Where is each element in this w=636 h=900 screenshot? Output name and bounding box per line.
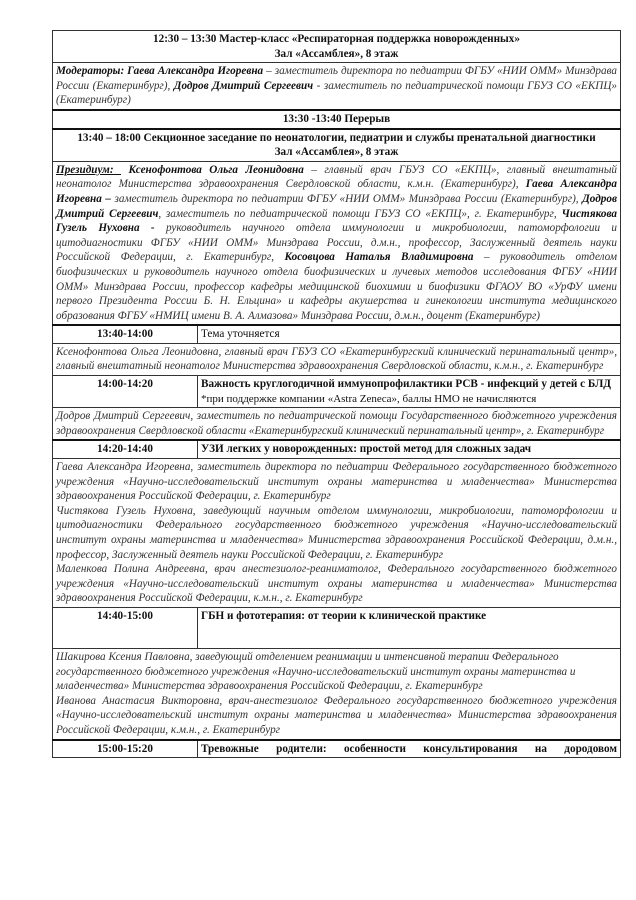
presidium-gap	[114, 164, 121, 176]
talk-row: 14:00-14:20 Важность круглогодичной имму…	[53, 376, 621, 408]
talk-title: Тема уточняется	[198, 325, 621, 343]
moderators-cell: Модераторы: Гаева Александра Игоревна – …	[53, 63, 621, 110]
presidium-cell: Президиум: Ксенофонтова Ольга Леонидовна…	[53, 161, 621, 325]
talk-speakers: Гаева Александра Игоревна, заместитель д…	[53, 459, 621, 608]
masterclass-header: 12:30 – 13:30 Мастер-класс «Респираторна…	[53, 31, 621, 63]
talk-time: 14:40-15:00	[53, 607, 198, 648]
talk-title: Важность круглогодичной иммунопрофилакти…	[201, 378, 611, 390]
talk-time: 14:20-14:40	[53, 440, 198, 458]
talk-row: 14:40-15:00 ГБН и фототерапия: от теории…	[53, 607, 621, 648]
speaker: Иванова Анастасия Викторовна, врач-анест…	[56, 694, 617, 738]
section-header-row: 13:40 – 18:00 Секционное заседание по не…	[53, 129, 621, 162]
talk-speakers-row: Шакирова Ксения Павловна, заведующий отд…	[53, 648, 621, 739]
talk-row: 15:00-15:20 Тревожные родители: особенно…	[53, 740, 621, 758]
speaker: Шакирова Ксения Павловна, заведующий отд…	[56, 650, 617, 694]
talk-title: УЗИ легких у новорожденных: простой мето…	[198, 440, 621, 458]
presidium-row: Президиум: Ксенофонтова Ольга Леонидовна…	[53, 161, 621, 325]
moderator-name: Додров Дмитрий Сергеевич	[174, 80, 313, 92]
talk-row: 14:20-14:40 УЗИ легких у новорожденных: …	[53, 440, 621, 458]
masterclass-title: 12:30 – 13:30 Мастер-класс «Респираторна…	[56, 32, 617, 47]
presidium-desc: , заместитель по педиатрической помощи Г…	[158, 208, 561, 220]
talk-time: 13:40-14:00	[53, 325, 198, 343]
program-table: 12:30 – 13:30 Мастер-класс «Респираторна…	[52, 30, 621, 758]
speaker: Чистякова Гузель Нуховна, заведующий нау…	[56, 504, 617, 562]
presidium-name: Ксенофонтова Ольга Леонидовна	[121, 164, 304, 176]
talk-title: ГБН и фототерапия: от теории к клиническ…	[198, 607, 621, 648]
talk-speakers-row: Додров Дмитрий Сергеевич, заместитель по…	[53, 408, 621, 441]
presidium-name: Косовцова Наталья Владимировна	[285, 251, 474, 263]
talk-speakers: Додров Дмитрий Сергеевич, заместитель по…	[53, 408, 621, 441]
section-hall: Зал «Ассамблея», 8 этаж	[56, 145, 617, 160]
moderators-label: Модераторы:	[56, 65, 124, 77]
masterclass-header-row: 12:30 – 13:30 Мастер-класс «Респираторна…	[53, 31, 621, 63]
moderators-row: Модераторы: Гаева Александра Игоревна – …	[53, 63, 621, 110]
presidium-label: Президиум:	[56, 164, 114, 176]
program-page: 12:30 – 13:30 Мастер-класс «Респираторна…	[52, 30, 621, 758]
talk-time: 15:00-15:20	[53, 740, 198, 758]
talk-title-cell: Важность круглогодичной иммунопрофилакти…	[198, 376, 621, 408]
talk-speakers: Ксенофонтова Ольга Леонидовна, главный в…	[53, 343, 621, 375]
presidium-desc: заместитель директора по педиатрии ФГБУ …	[111, 193, 582, 205]
speaker: Додров Дмитрий Сергеевич, заместитель по…	[56, 409, 617, 438]
section-title: 13:40 – 18:00 Секционное заседание по не…	[56, 131, 617, 146]
talk-speakers-row: Ксенофонтова Ольга Леонидовна, главный в…	[53, 343, 621, 375]
break-title: 13:30 -13:40 Перерыв	[53, 110, 621, 129]
speaker: Гаева Александра Игоревна, заместитель д…	[56, 460, 617, 504]
speaker: Ксенофонтова Ольга Леонидовна, главный в…	[56, 345, 617, 374]
section-header: 13:40 – 18:00 Секционное заседание по не…	[53, 129, 621, 162]
talk-time: 14:00-14:20	[53, 376, 198, 408]
speaker: Маленкова Полина Андреевна, врач анестез…	[56, 562, 617, 606]
talk-title: Тревожные родители: особенности консульт…	[198, 740, 621, 758]
talk-speakers: Шакирова Ксения Павловна, заведующий отд…	[53, 648, 621, 739]
talk-note: *при поддержке компании «Astra Zeneca», …	[201, 392, 617, 407]
break-row: 13:30 -13:40 Перерыв	[53, 110, 621, 129]
moderator-name: Гаева Александра Игоревна	[127, 65, 263, 77]
talk-row: 13:40-14:00 Тема уточняется	[53, 325, 621, 343]
masterclass-hall: Зал «Ассамблея», 8 этаж	[56, 47, 617, 62]
talk-speakers-row: Гаева Александра Игоревна, заместитель д…	[53, 459, 621, 608]
